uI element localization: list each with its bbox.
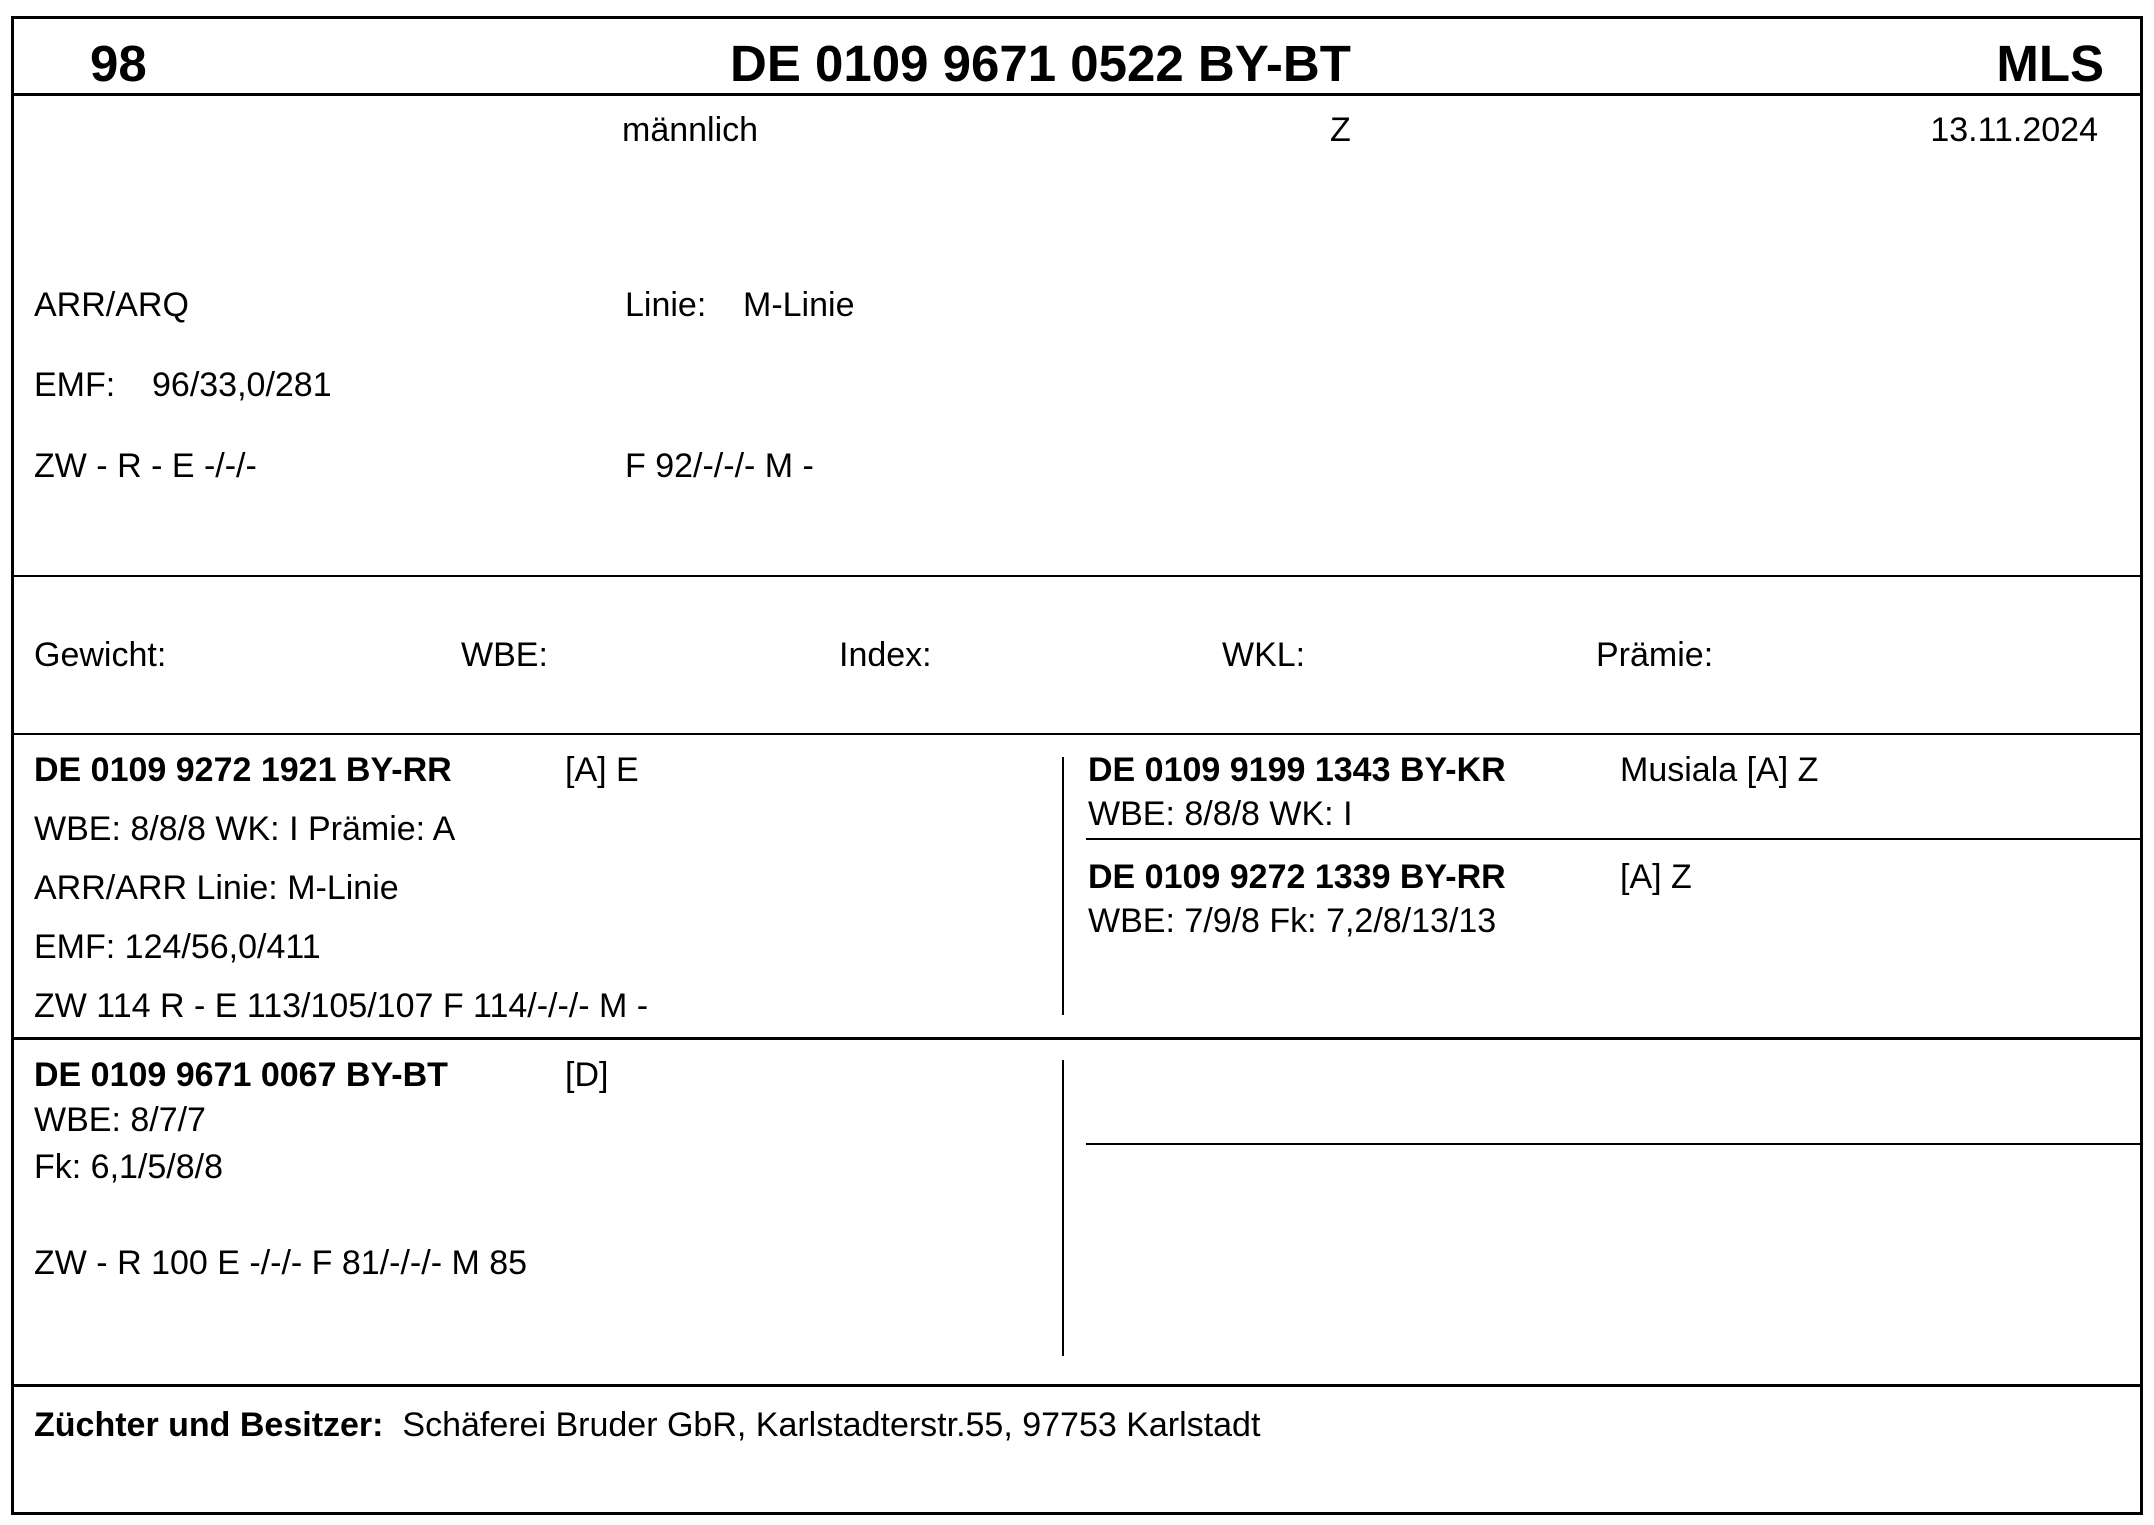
breed-code: MLS bbox=[1996, 38, 2104, 89]
footer-divider bbox=[12, 1384, 2140, 1387]
sire-divider bbox=[12, 1037, 2140, 1040]
breeding-values: ZW - R - E -/-/- bbox=[34, 449, 257, 483]
wkl-label: WKL: bbox=[1222, 638, 1305, 672]
f-values: F 92/-/-/- M - bbox=[625, 449, 814, 483]
dam-grandparent-divider bbox=[1086, 1143, 2140, 1145]
dam-id: DE 0109 9671 0067 BY-BT bbox=[34, 1058, 448, 1092]
sire-line-4: ZW 114 R - E 113/105/107 F 114/-/-/- M - bbox=[34, 989, 648, 1023]
info-divider bbox=[12, 575, 2140, 577]
dam-line-3: ZW - R 100 E -/-/- F 81/-/-/- M 85 bbox=[34, 1246, 527, 1280]
animal-number: 98 bbox=[90, 38, 147, 89]
dam-line-2: Fk: 6,1/5/8/8 bbox=[34, 1150, 223, 1184]
animal-ear-tag: DE 0109 9671 0522 BY-BT bbox=[730, 38, 1351, 89]
sire-dam-id: DE 0109 9272 1339 BY-RR bbox=[1088, 860, 1506, 894]
emf-label: EMF: bbox=[34, 368, 115, 402]
sire-line-1: WBE: 8/8/8 WK: I Prämie: A bbox=[34, 812, 455, 846]
sire-column-divider bbox=[1062, 757, 1064, 1015]
sire-dam-line-1: WBE: 7/9/8 Fk: 7,2/8/13/13 bbox=[1088, 904, 1496, 938]
assessment-divider bbox=[12, 733, 2140, 735]
dam-line-1: WBE: 8/7/7 bbox=[34, 1103, 206, 1137]
breeder-owner-label: Züchter und Besitzer: bbox=[34, 1406, 383, 1444]
sire-id: DE 0109 9272 1921 BY-RR bbox=[34, 753, 452, 787]
sire-sire-id: DE 0109 9199 1343 BY-KR bbox=[1088, 753, 1506, 787]
sire-sire-tag: Musiala [A] Z bbox=[1620, 753, 1818, 787]
breeder-owner: Züchter und Besitzer: Schäferei Bruder G… bbox=[34, 1408, 1260, 1442]
line-label: Linie: bbox=[625, 288, 706, 322]
premium-label: Prämie: bbox=[1596, 638, 1713, 672]
breeder-owner-value: Schäferei Bruder GbR, Karlstadterstr.55,… bbox=[402, 1406, 1260, 1444]
line-value: M-Linie bbox=[743, 288, 854, 322]
sex: männlich bbox=[622, 113, 758, 147]
mark: Z bbox=[1330, 113, 1351, 147]
header-divider bbox=[12, 93, 2140, 96]
sire-line-2: ARR/ARR Linie: M-Linie bbox=[34, 871, 399, 905]
dam-column-divider bbox=[1062, 1060, 1064, 1356]
grandparent-divider bbox=[1086, 838, 2140, 840]
index-label: Index: bbox=[839, 638, 932, 672]
sire-tag: [A] E bbox=[565, 753, 639, 787]
genotype: ARR/ARQ bbox=[34, 288, 189, 322]
sire-dam-tag: [A] Z bbox=[1620, 860, 1692, 894]
date: 13.11.2024 bbox=[1930, 113, 2098, 147]
wbe-label: WBE: bbox=[461, 638, 548, 672]
sire-sire-line-1: WBE: 8/8/8 WK: I bbox=[1088, 797, 1353, 831]
emf-value: 96/33,0/281 bbox=[152, 368, 332, 402]
sire-line-3: EMF: 124/56,0/411 bbox=[34, 930, 321, 964]
dam-tag: [D] bbox=[565, 1058, 608, 1092]
weight-label: Gewicht: bbox=[34, 638, 166, 672]
